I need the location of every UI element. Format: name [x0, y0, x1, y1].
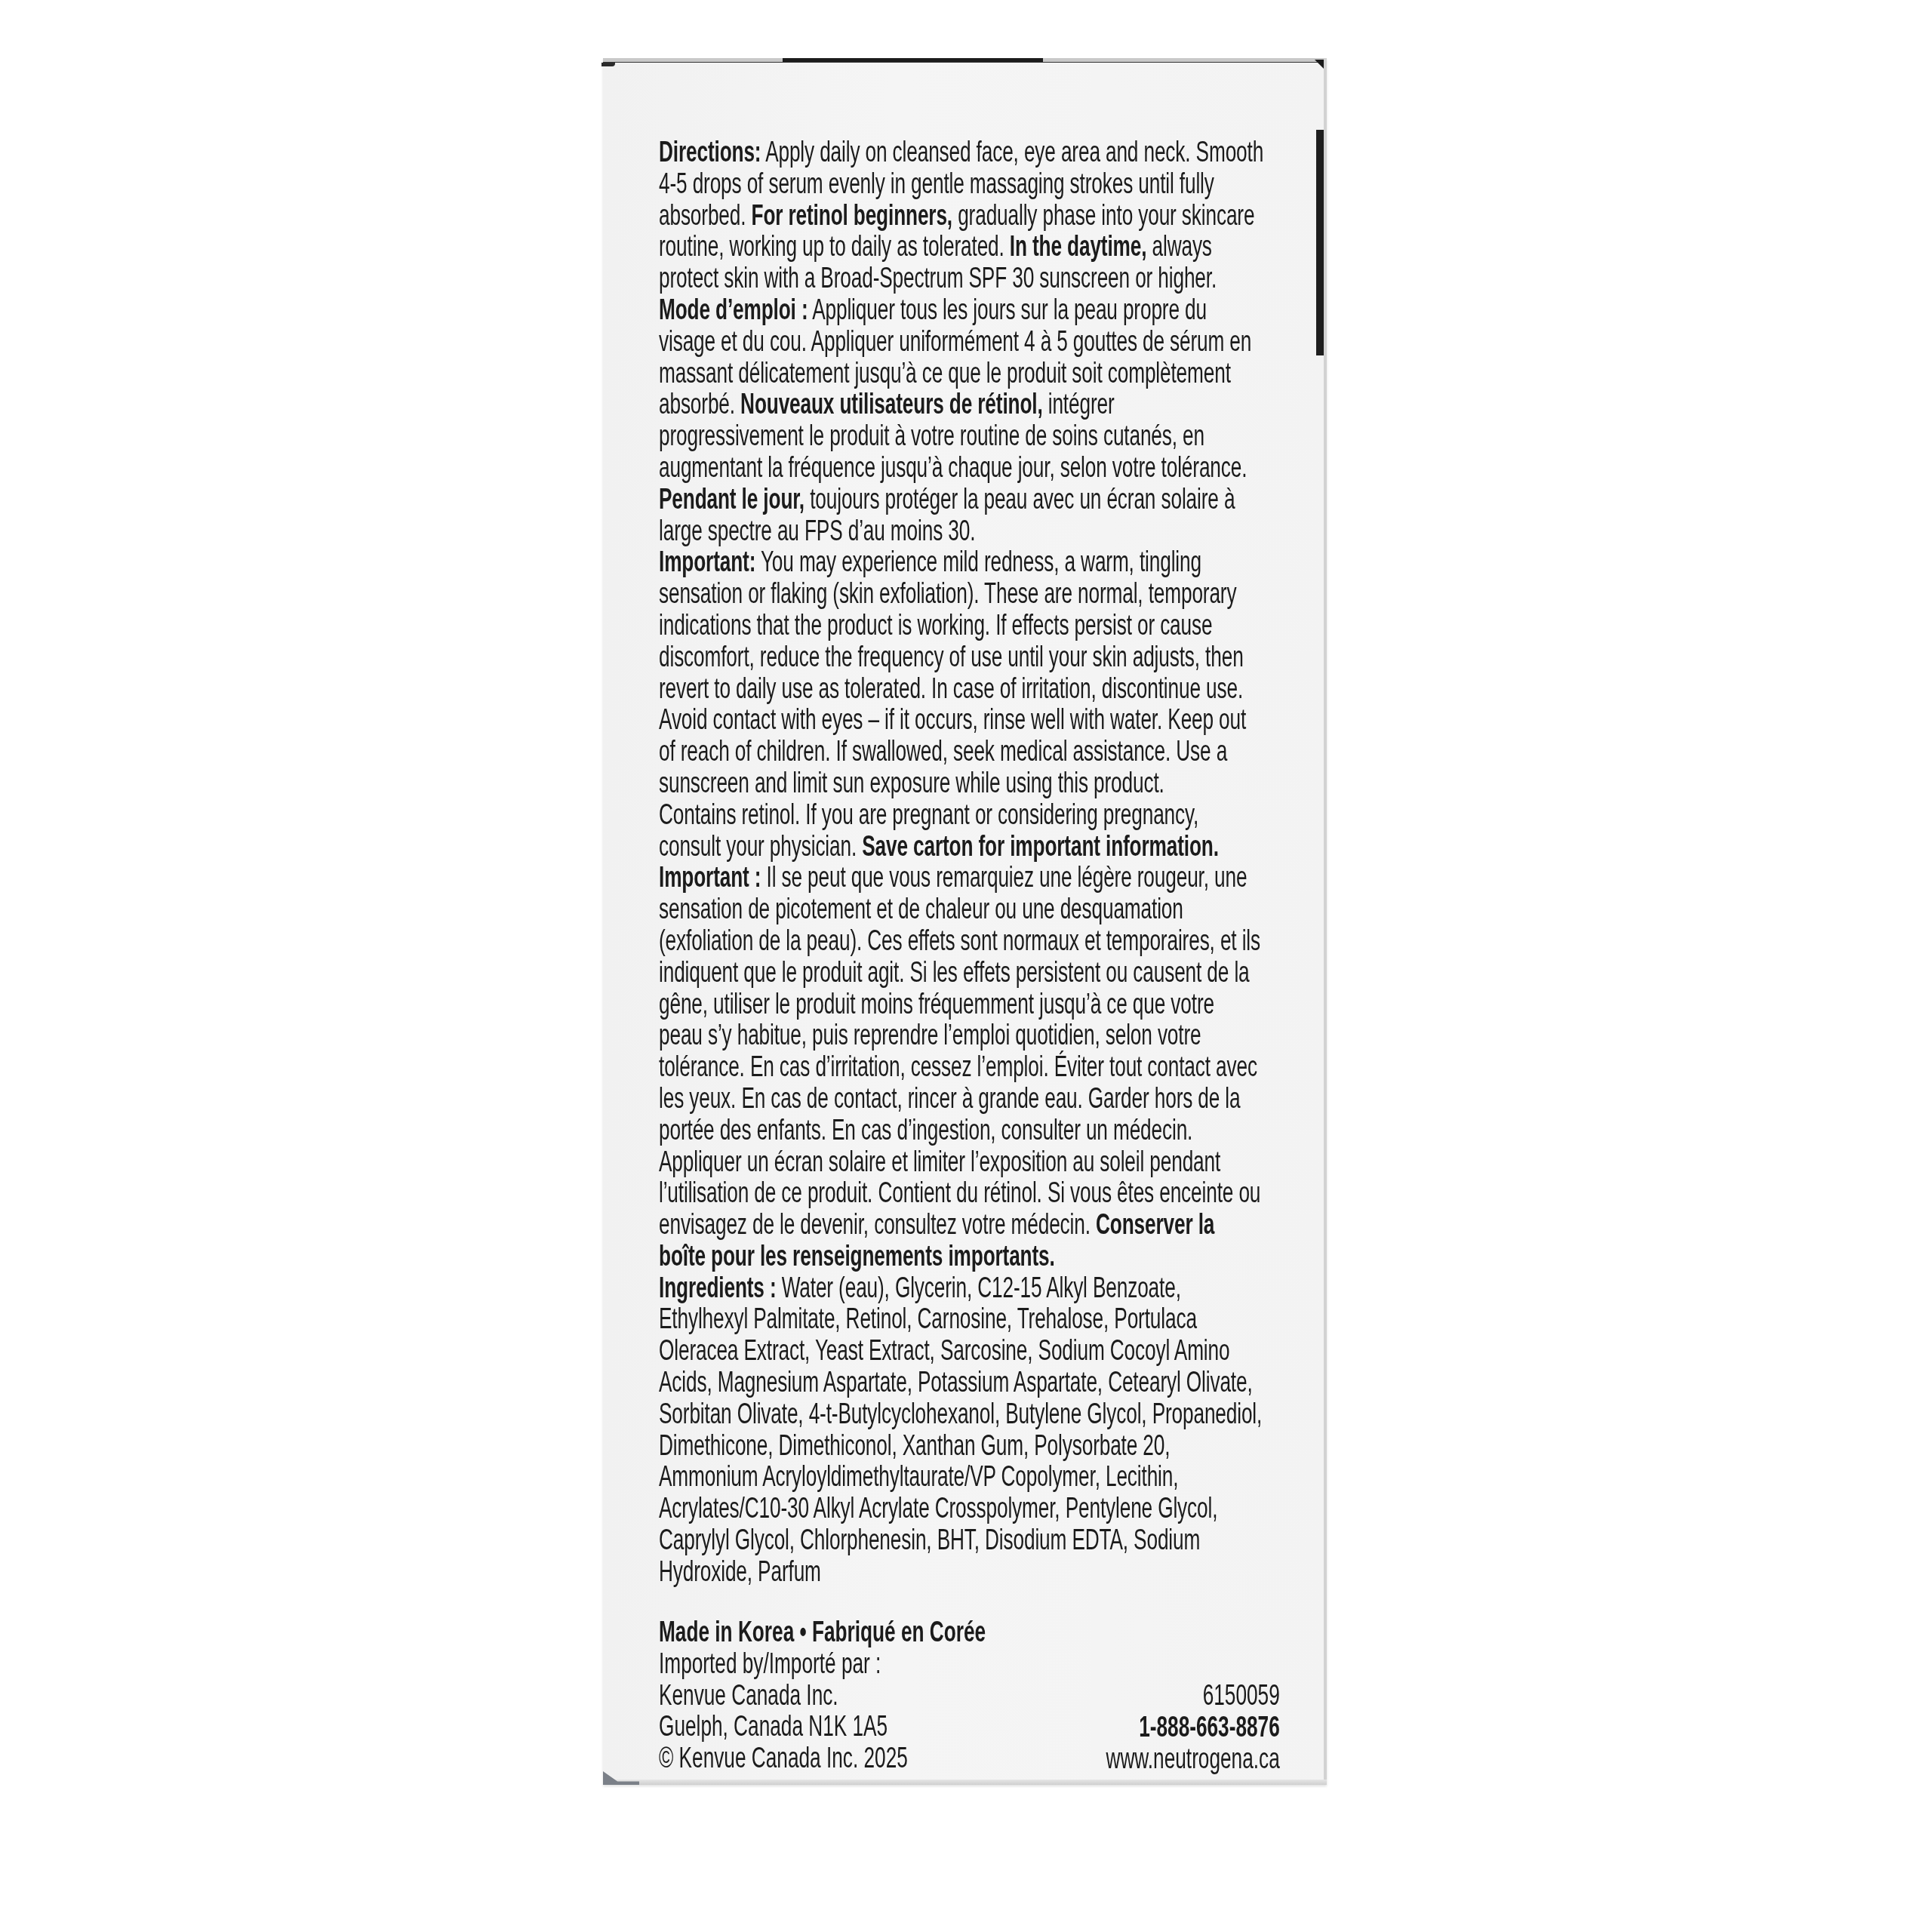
body-text: Appliquer tous les jours sur la peau pro… — [808, 294, 1206, 326]
text-line: routine, working up to daily as tolerate… — [659, 232, 1300, 263]
body-text: discomfort, reduce the frequency of use … — [659, 641, 1244, 673]
text-line: sensation or flaking (skin exfoliation).… — [659, 579, 1300, 611]
text-line: Important: You may experience mild redne… — [659, 547, 1300, 579]
ingredients-section: Ingredients : Water (eau), Glycerin, C12… — [659, 1273, 1300, 1589]
body-text: absorbé. — [659, 389, 740, 420]
body-text: massant délicatement jusqu’à ce que le p… — [659, 358, 1231, 389]
text-line: Ethylhexyl Palmitate, Retinol, Carnosine… — [659, 1304, 1300, 1336]
text-line: Sorbitan Olivate, 4-t-Butylcyclohexanol,… — [659, 1399, 1300, 1431]
label-text-block: Directions: Apply daily on cleansed face… — [659, 137, 1300, 1589]
text-line: Pendant le jour, toujours protéger la pe… — [659, 485, 1300, 516]
body-text: l’utilisation de ce produit. Contient du… — [659, 1177, 1260, 1209]
bold-text: Conserver la — [1096, 1209, 1214, 1241]
body-text: peau s’y habitue, puis reprendre l’emplo… — [659, 1020, 1201, 1051]
body-text: of reach of children. If swallowed, seek… — [659, 736, 1227, 768]
text-line: protect skin with a Broad-Spectrum SPF 3… — [659, 263, 1300, 295]
text-line: Hydroxide, Parfum — [659, 1557, 1300, 1589]
bold-text: Important: — [659, 546, 755, 578]
carton-back-panel: Directions: Apply daily on cleansed face… — [603, 58, 1327, 1785]
website-link[interactable]: www.neutrogena.ca — [1106, 1744, 1280, 1776]
body-text: revert to daily use as tolerated. In cas… — [659, 673, 1243, 705]
body-text: Avoid contact with eyes – if it occurs, … — [659, 704, 1246, 736]
text-line: Directions: Apply daily on cleansed face… — [659, 137, 1300, 169]
body-text: You may experience mild redness, a warm,… — [755, 546, 1201, 578]
text-line: envisagez de le devenir, consultez votre… — [659, 1210, 1300, 1241]
carton-bottom-left-corner — [603, 1771, 639, 1785]
text-line: tolérance. En cas d’irritation, cessez l… — [659, 1052, 1300, 1084]
body-text: les yeux. En cas de contact, rincer à gr… — [659, 1083, 1241, 1115]
carton-top-dark-band — [783, 58, 1043, 62]
text-line: Important : Il se peut que vous remarqui… — [659, 863, 1300, 894]
text-line: portée des enfants. En cas d’ingestion, … — [659, 1115, 1300, 1147]
text-line: Ammonium Acryloyldimethyltaurate/VP Copo… — [659, 1462, 1300, 1494]
body-text: 4-5 drops of serum evenly in gentle mass… — [659, 168, 1214, 200]
carton-right-dark-bar — [1316, 130, 1324, 355]
text-line: large spectre au FPS d’au moins 30. — [659, 516, 1300, 548]
body-text: Sorbitan Olivate, 4-t-Butylcyclohexanol,… — [659, 1398, 1262, 1430]
body-text: Appliquer un écran solaire et limiter l’… — [659, 1146, 1220, 1178]
body-text: Caprylyl Glycol, Chlorphenesin, BHT, Dis… — [659, 1524, 1200, 1556]
body-text: always — [1146, 231, 1211, 263]
text-line: Contains retinol. If you are pregnant or… — [659, 800, 1300, 832]
bold-text: Directions: — [659, 137, 761, 168]
text-line: augmentant la fréquence jusqu’à chaque j… — [659, 453, 1300, 485]
body-text: tolérance. En cas d’irritation, cessez l… — [659, 1051, 1257, 1083]
directions-section: Directions: Apply daily on cleansed face… — [659, 137, 1300, 295]
text-line: Appliquer un écran solaire et limiter l’… — [659, 1147, 1300, 1179]
body-text: Dimethicone, Dimethiconol, Xanthan Gum, … — [659, 1430, 1170, 1462]
body-text: Ammonium Acryloyldimethyltaurate/VP Copo… — [659, 1461, 1178, 1493]
body-text: progressivement le produit à votre routi… — [659, 420, 1204, 452]
text-line: 4-5 drops of serum evenly in gentle mass… — [659, 169, 1300, 201]
bold-text: For retinol beginners, — [752, 200, 952, 232]
body-text: envisagez de le devenir, consultez votre… — [659, 1209, 1096, 1241]
text-line: Acids, Magnesium Aspartate, Potassium As… — [659, 1367, 1300, 1399]
bold-text: Save carton for important information. — [862, 831, 1219, 863]
text-line: Caprylyl Glycol, Chlorphenesin, BHT, Dis… — [659, 1525, 1300, 1557]
text-line: massant délicatement jusqu’à ce que le p… — [659, 358, 1300, 390]
body-text: sunscreen and limit sun exposure while u… — [659, 768, 1164, 799]
body-text: indications that the product is working.… — [659, 610, 1212, 641]
body-text: augmentant la fréquence jusqu’à chaque j… — [659, 452, 1247, 484]
text-line: gêne, utiliser le produit moins fréquemm… — [659, 989, 1300, 1021]
bold-text: Pendant le jour, — [659, 484, 804, 515]
mode-emploi-section: Mode d’emploi : Appliquer tous les jours… — [659, 295, 1300, 547]
text-line: revert to daily use as tolerated. In cas… — [659, 674, 1300, 706]
text-line: visage et du cou. Appliquer uniformément… — [659, 327, 1300, 358]
body-text: Il se peut que vous remarquiez une légèr… — [761, 862, 1247, 894]
text-line: absorbed. For retinol beginners, gradual… — [659, 201, 1300, 232]
text-line: Acrylates/C10-30 Alkyl Acrylate Crosspol… — [659, 1494, 1300, 1525]
carton-right-edge — [1324, 58, 1327, 1785]
text-line: progressivement le produit à votre routi… — [659, 421, 1300, 453]
carton-top-left-tab — [601, 63, 615, 66]
body-text: sensation or flaking (skin exfoliation).… — [659, 578, 1236, 610]
text-line: l’utilisation de ce produit. Contient du… — [659, 1178, 1300, 1210]
text-line: of reach of children. If swallowed, seek… — [659, 737, 1300, 768]
text-line: Dimethicone, Dimethiconol, Xanthan Gum, … — [659, 1431, 1300, 1463]
body-text: protect skin with a Broad-Spectrum SPF 3… — [659, 263, 1217, 294]
body-text: Acrylates/C10-30 Alkyl Acrylate Crosspol… — [659, 1493, 1217, 1524]
body-text: Water (eau), Glycerin, C12-15 Alkyl Benz… — [777, 1272, 1181, 1304]
text-line: Oleracea Extract, Yeast Extract, Sarcosi… — [659, 1336, 1300, 1367]
body-text: Apply daily on cleansed face, eye area a… — [761, 137, 1263, 168]
body-text: large spectre au FPS d’au moins 30. — [659, 515, 975, 547]
body-text: gradually phase into your skincare — [952, 200, 1254, 232]
text-line: (exfoliation de la peau). Ces effets son… — [659, 926, 1300, 958]
body-text: gêne, utiliser le produit moins fréquemm… — [659, 989, 1214, 1020]
body-text: (exfoliation de la peau). Ces effets son… — [659, 925, 1260, 957]
bold-text: Mode d’emploi : — [659, 294, 808, 326]
text-line: peau s’y habitue, puis reprendre l’emplo… — [659, 1020, 1300, 1052]
text-line: les yeux. En cas de contact, rincer à gr… — [659, 1084, 1300, 1115]
bold-text: Nouveaux utilisateurs de rétinol, — [740, 389, 1043, 420]
body-text: intégrer — [1043, 389, 1115, 420]
text-line: boîte pour les renseignements importants… — [659, 1241, 1300, 1273]
text-line: discomfort, reduce the frequency of use … — [659, 642, 1300, 674]
text-line: indiquent que le produit agit. Si les ef… — [659, 958, 1300, 989]
text-line: Ingredients : Water (eau), Glycerin, C12… — [659, 1273, 1300, 1305]
body-text: absorbed. — [659, 200, 752, 232]
made-in-text: Made in Korea • Fabriqué en Corée — [659, 1617, 1300, 1649]
body-text: Hydroxide, Parfum — [659, 1556, 821, 1588]
body-text: Ethylhexyl Palmitate, Retinol, Carnosine… — [659, 1303, 1197, 1335]
text-line: sensation de picotement et de chaleur ou… — [659, 894, 1300, 926]
phone-number: 1-888-663-8876 — [1106, 1712, 1280, 1744]
bold-text: In the daytime, — [1010, 231, 1147, 263]
body-text: sensation de picotement et de chaleur ou… — [659, 894, 1183, 925]
body-text: consult your physician. — [659, 831, 862, 863]
text-line: absorbé. Nouveaux utilisateurs de rétino… — [659, 389, 1300, 421]
bold-text: Important : — [659, 862, 761, 894]
body-text: portée des enfants. En cas d’ingestion, … — [659, 1115, 1192, 1146]
body-text: toujours protéger la peau avec un écran … — [804, 484, 1235, 515]
bold-text: boîte pour les renseignements importants… — [659, 1241, 1055, 1272]
product-code: 6150059 — [1106, 1681, 1280, 1712]
body-text: visage et du cou. Appliquer uniformément… — [659, 326, 1251, 358]
body-text: Acids, Magnesium Aspartate, Potassium As… — [659, 1367, 1253, 1398]
important-en-section: Important: You may experience mild redne… — [659, 547, 1300, 863]
bold-text: Ingredients : — [659, 1272, 777, 1304]
text-line: consult your physician. Save carton for … — [659, 832, 1300, 863]
text-line: Avoid contact with eyes – if it occurs, … — [659, 705, 1300, 737]
body-text: Oleracea Extract, Yeast Extract, Sarcosi… — [659, 1335, 1229, 1367]
text-line: Mode d’emploi : Appliquer tous les jours… — [659, 295, 1300, 327]
imported-by-text: Imported by/Importé par : — [659, 1649, 1300, 1681]
body-text: Contains retinol. If you are pregnant or… — [659, 799, 1198, 831]
body-text: routine, working up to daily as tolerate… — [659, 231, 1010, 263]
text-line: sunscreen and limit sun exposure while u… — [659, 768, 1300, 800]
text-line: indications that the product is working.… — [659, 611, 1300, 642]
important-fr-section: Important : Il se peut que vous remarqui… — [659, 863, 1300, 1272]
footer-right: 6150059 1-888-663-8876 www.neutrogena.ca — [1028, 1681, 1280, 1775]
carton-bottom-edge — [603, 1780, 1327, 1785]
body-text: indiquent que le produit agit. Si les ef… — [659, 957, 1250, 989]
